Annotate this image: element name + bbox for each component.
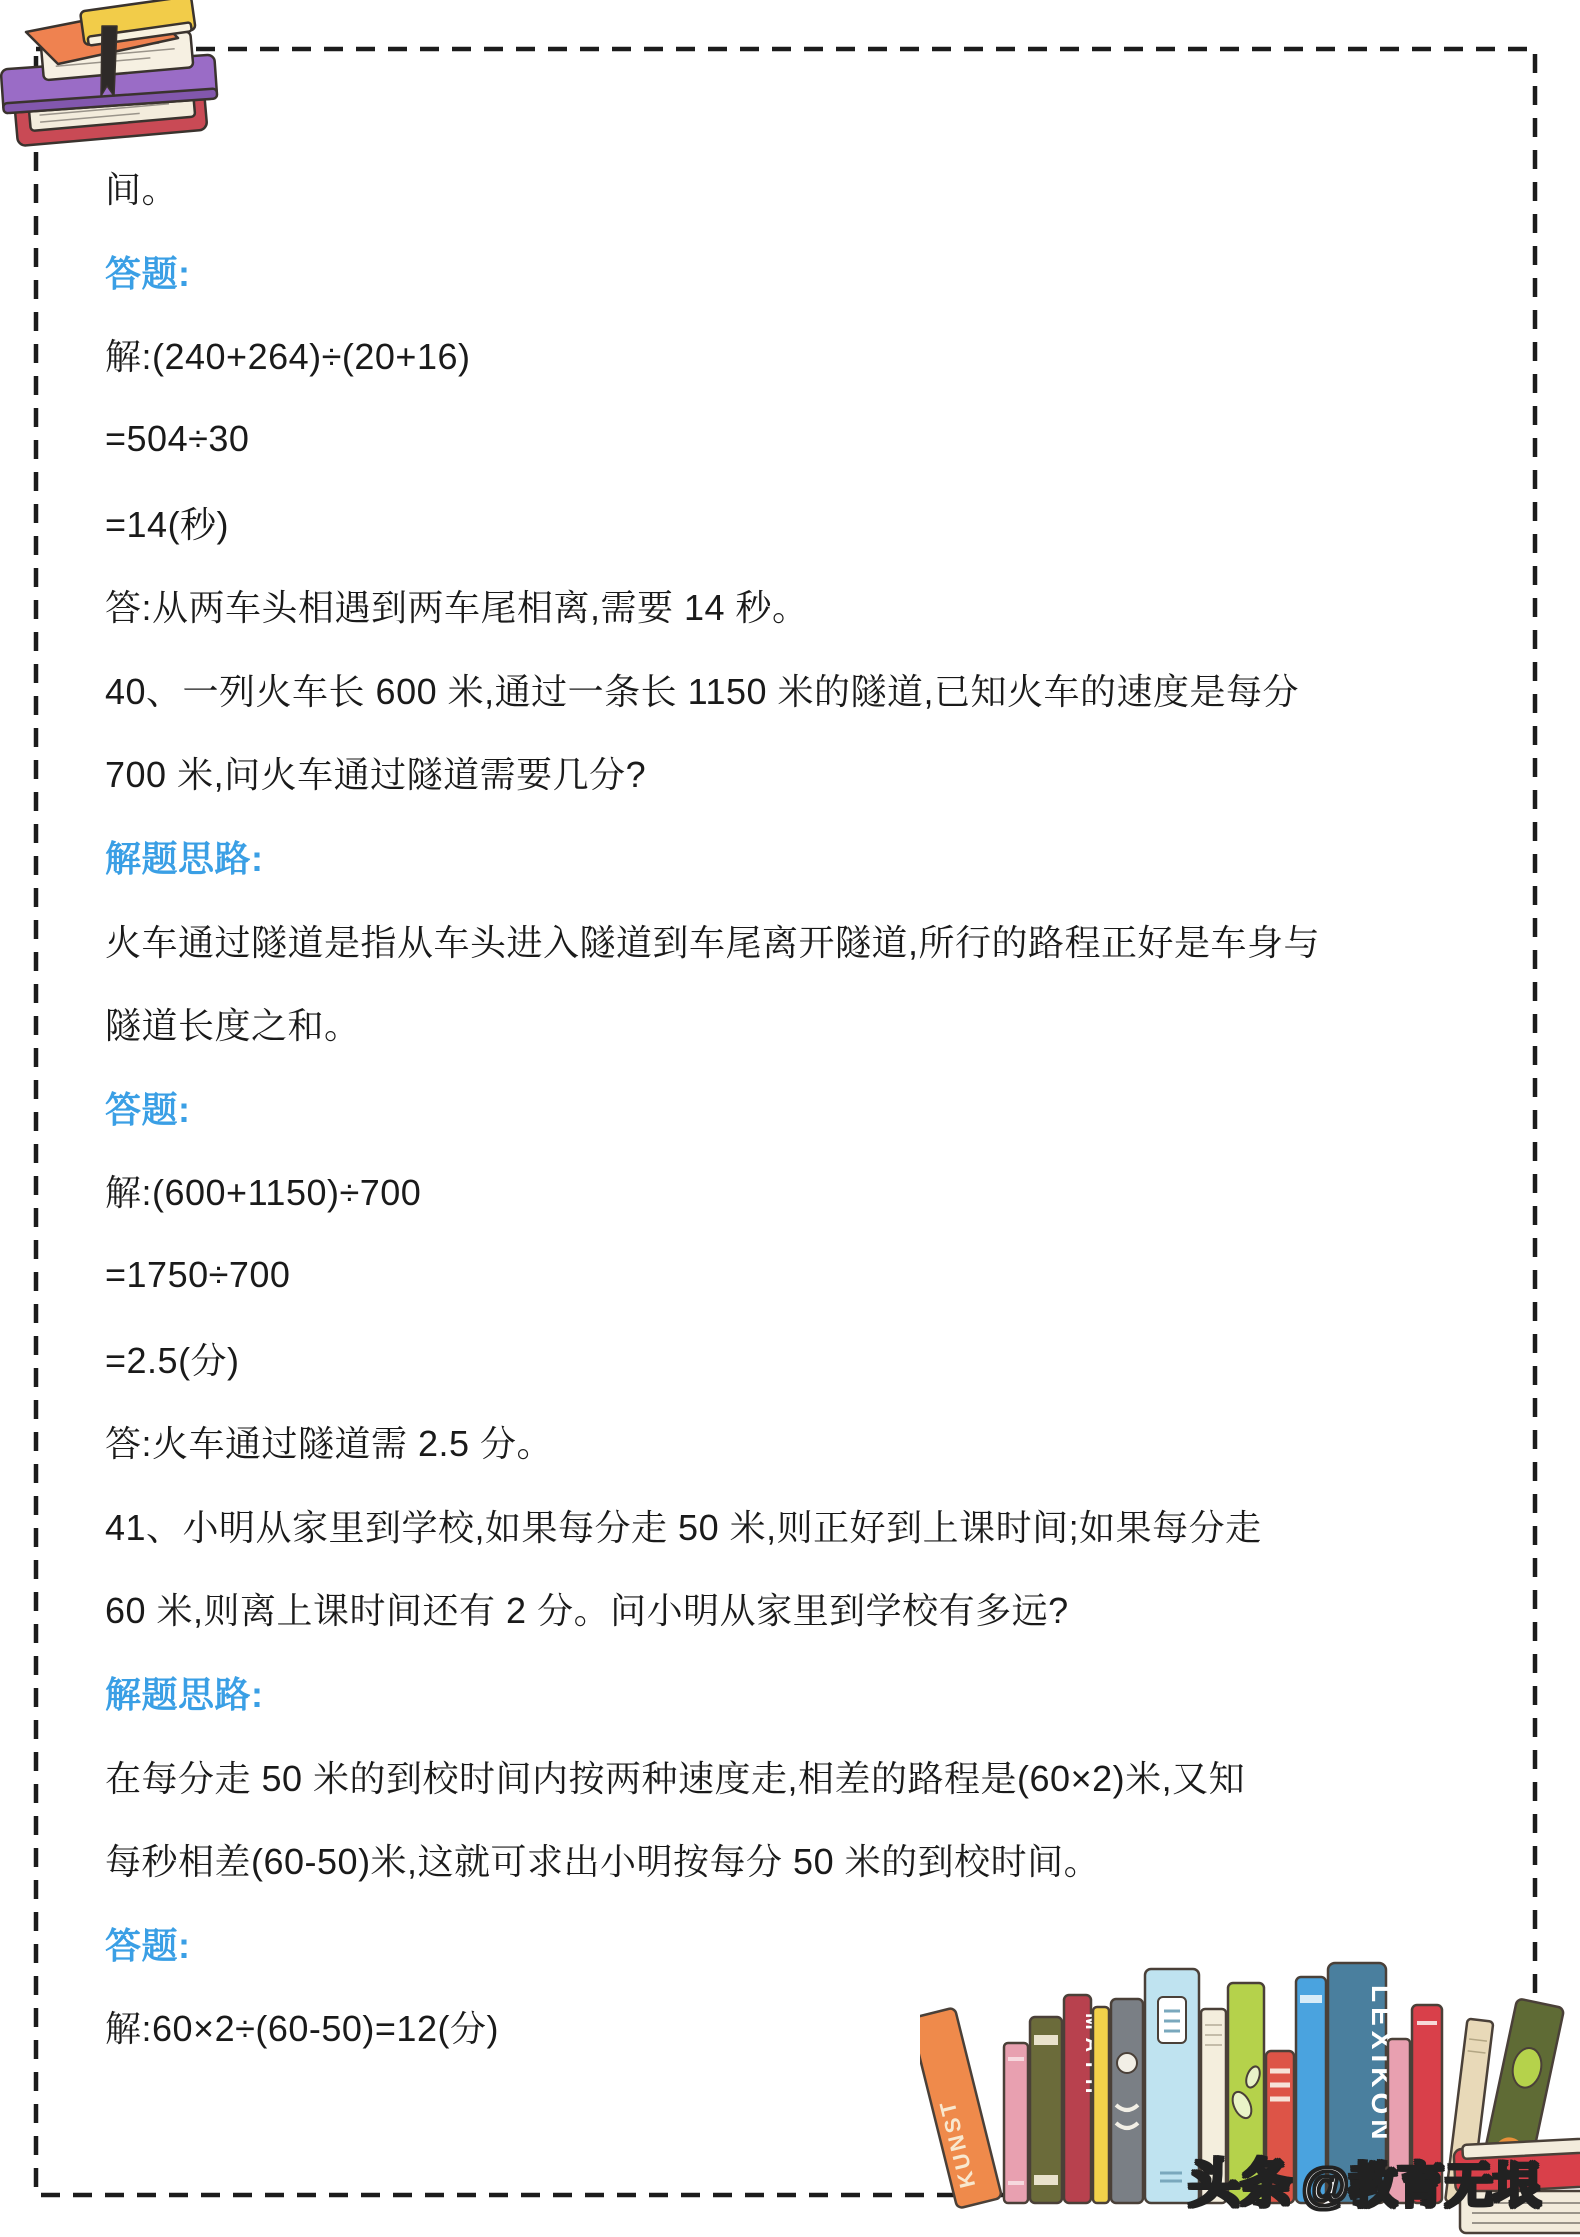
text-line: =504÷30 (105, 397, 1505, 481)
text-line: 每秒相差(60-50)米,这就可求出小明按每分 50 米的到校时间。 (105, 1818, 1505, 1902)
text-line: 答:从两车头相遇到两车尾相离,需要 14 秒。 (105, 564, 1505, 648)
watermark: 头条@教育无垠 (1188, 2142, 1541, 2217)
watermark-platform: 头条 (1188, 2156, 1292, 2214)
watermark-handle: @教育无垠 (1302, 2160, 1541, 2213)
text-line: 41、小明从家里到学校,如果每分走 50 米,则正好到上课时间;如果每分走 (105, 1484, 1505, 1568)
text-line: =1750÷700 (105, 1233, 1505, 1317)
text-line: 700 米,问火车通过隧道需要几分? (105, 731, 1505, 815)
section-heading: 答题: (105, 230, 1505, 314)
worksheet-content: 间。答题:解:(240+264)÷(20+16)=504÷30=14(秒)答:从… (105, 146, 1505, 2069)
text-line: 在每分走 50 米的到校时间内按两种速度走,相差的路程是(60×2)米,又知 (105, 1734, 1505, 1818)
text-line: =2.5(分) (105, 1316, 1505, 1400)
section-heading: 答题: (105, 1066, 1505, 1150)
text-line: 火车通过隧道是指从车头进入隧道到车尾离开隧道,所行的路程正好是车身与 (105, 898, 1505, 982)
stacked-books-illustration (0, 0, 230, 152)
text-line: 40、一列火车长 600 米,通过一条长 1150 米的隧道,已知火车的速度是每… (105, 648, 1505, 732)
text-line: 解:(240+264)÷(20+16) (105, 313, 1505, 397)
text-line: 解:(600+1150)÷700 (105, 1149, 1505, 1233)
text-line: 答:火车通过隧道需 2.5 分。 (105, 1400, 1505, 1484)
text-line: 间。 (105, 146, 1505, 230)
text-line: =14(秒) (105, 480, 1505, 564)
text-line: 60 米,则离上课时间还有 2 分。问小明从家里到学校有多远? (105, 1567, 1505, 1651)
worksheet-page: 间。答题:解:(240+264)÷(20+16)=504÷30=14(秒)答:从… (0, 0, 1580, 2237)
text-line: 隧道长度之和。 (105, 982, 1505, 1066)
section-heading: 解题思路: (105, 815, 1505, 899)
section-heading: 解题思路: (105, 1651, 1505, 1735)
